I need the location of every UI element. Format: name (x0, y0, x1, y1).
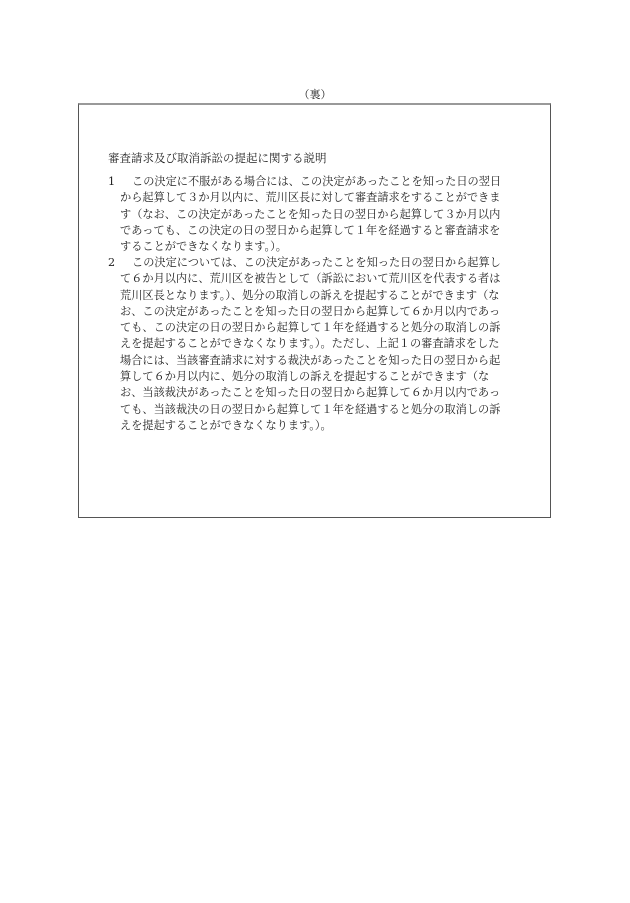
item-line: お、この決定があったことを知った日の翌日から起算して６か月以内であっ (108, 304, 528, 320)
item-line: お、当該裁決があったことを知った日の翌日から起算して６か月以内であっ (108, 385, 528, 401)
item-line: から起算して３か月以内に、荒川区長に対して審査請求をすることができま (108, 190, 528, 206)
item-line: することができなくなります。）。 (108, 239, 528, 255)
item-line: 算して６か月以内に、処分の取消しの訴えを提起することができます（な (108, 369, 528, 385)
item-line: 2この決定については、この決定があったことを知った日の翌日から起算し (108, 255, 528, 271)
section-title: 審査請求及び取消訴訟の提起に関する説明 (108, 150, 327, 166)
item-line: 荒川区長となります。）、処分の取消しの訴えを提起することができます（な (108, 288, 528, 304)
item-line: 1この決定に不服がある場合には、この決定があったことを知った日の翌日 (108, 174, 528, 190)
item-line: て６か月以内に、荒川区を被告として（訴訟において荒川区を代表する者は (108, 271, 528, 287)
item-line: 場合には、当該審査請求に対する裁決があったことを知った日の翌日から起 (108, 353, 528, 369)
item-line: えを提起することができなくなります。）。ただし、上記１の審査請求をした (108, 336, 528, 352)
explanation-item-1: 1この決定に不服がある場合には、この決定があったことを知った日の翌日 から起算し… (108, 174, 528, 255)
item-number: 2 (108, 255, 132, 271)
item-line: ても、この決定の日の翌日から起算して１年を経過すると処分の取消しの訴 (108, 320, 528, 336)
page-side-label: （裏） (0, 86, 630, 102)
explanation-item-2: 2この決定については、この決定があったことを知った日の翌日から起算し て６か月以… (108, 255, 528, 434)
item-line: す（なお、この決定があったことを知った日の翌日から起算して３か月以内 (108, 207, 528, 223)
item-line: ても、当該裁決の日の翌日から起算して１年を経過すると処分の取消しの訴 (108, 402, 528, 418)
item-number: 1 (108, 174, 132, 190)
item-line: えを提起することができなくなります。）。 (108, 418, 528, 434)
item-line: であっても、この決定の日の翌日から起算して１年を経過すると審査請求を (108, 223, 528, 239)
